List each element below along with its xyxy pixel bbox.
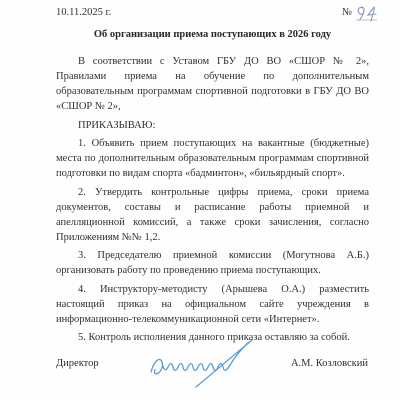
- document-number: №: [342, 7, 380, 25]
- number-sign-label: №: [342, 7, 352, 18]
- signature-block: Директор А.М. Козловский: [56, 358, 368, 369]
- date-text: 10.11.2025 г.: [56, 7, 111, 18]
- order-item-3: 3. Председателю приемной комиссии (Могут…: [56, 248, 369, 278]
- intro-paragraph: В соответствии с Уставом ГБУ ДО ВО «СШОР…: [56, 54, 369, 114]
- document-title: Об организации приема поступающих в 2026…: [56, 29, 369, 40]
- document-header: 10.11.2025 г. №: [56, 7, 380, 25]
- scanned-order-document: 10.11.2025 г. № Об организации приема по…: [0, 0, 400, 400]
- order-word: ПРИКАЗЫВАЮ:: [56, 118, 369, 133]
- signer-role: Директор: [56, 358, 99, 369]
- order-item-2: 2. Утвердить контрольные цифры приема, с…: [56, 185, 369, 245]
- document-body: В соответствии с Уставом ГБУ ДО ВО «СШОР…: [56, 54, 369, 349]
- signer-name: А.М. Козловский: [291, 358, 368, 369]
- handwritten-number-icon: [354, 5, 380, 23]
- order-item-1: 1. Объявить прием поступающих на вакантн…: [56, 136, 369, 181]
- order-item-4: 4. Инструктору-методисту (Арышева О.А.) …: [56, 282, 369, 327]
- document-date: 10.11.2025 г.: [56, 7, 111, 18]
